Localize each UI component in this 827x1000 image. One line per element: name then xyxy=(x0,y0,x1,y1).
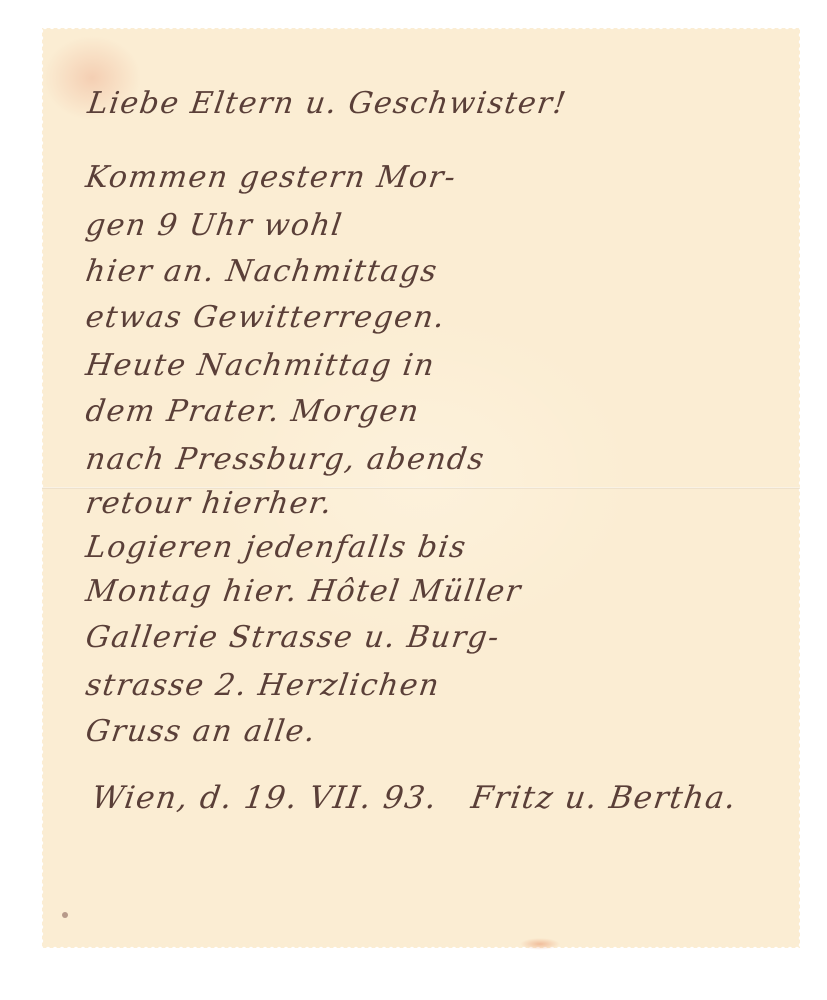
body-line: hier an. Nachmittags xyxy=(84,254,441,289)
body-line: Montag hier. Hôtel Müller xyxy=(84,574,524,609)
handwritten-text: Liebe Eltern u. Geschwister! Kommen gest… xyxy=(42,28,800,948)
body-line: nach Pressburg, abends xyxy=(84,442,488,477)
body-line: strasse 2. Herzlichen xyxy=(84,668,443,703)
body-line: retour hierher. xyxy=(84,486,335,521)
closing-line: Wien, d. 19. VII. 93. Fritz u. Bertha. xyxy=(89,780,739,816)
letter-card: Liebe Eltern u. Geschwister! Kommen gest… xyxy=(42,28,800,948)
body-line: Gallerie Strasse u. Burg- xyxy=(84,620,503,655)
body-line: Logieren jedenfalls bis xyxy=(84,530,470,565)
body-line: Heute Nachmittag in xyxy=(84,348,438,383)
body-line: Gruss an alle. xyxy=(84,714,319,749)
place-date: Wien, d. 19. VII. 93. xyxy=(89,780,439,816)
body-line: gen 9 Uhr wohl xyxy=(84,208,345,243)
body-line: Kommen gestern Mor- xyxy=(84,160,459,195)
salutation: Liebe Eltern u. Geschwister! xyxy=(86,86,570,121)
body-line: etwas Gewitterregen. xyxy=(84,300,448,335)
body-line: dem Prater. Morgen xyxy=(84,394,423,429)
signature: Fritz u. Bertha. xyxy=(469,780,739,816)
